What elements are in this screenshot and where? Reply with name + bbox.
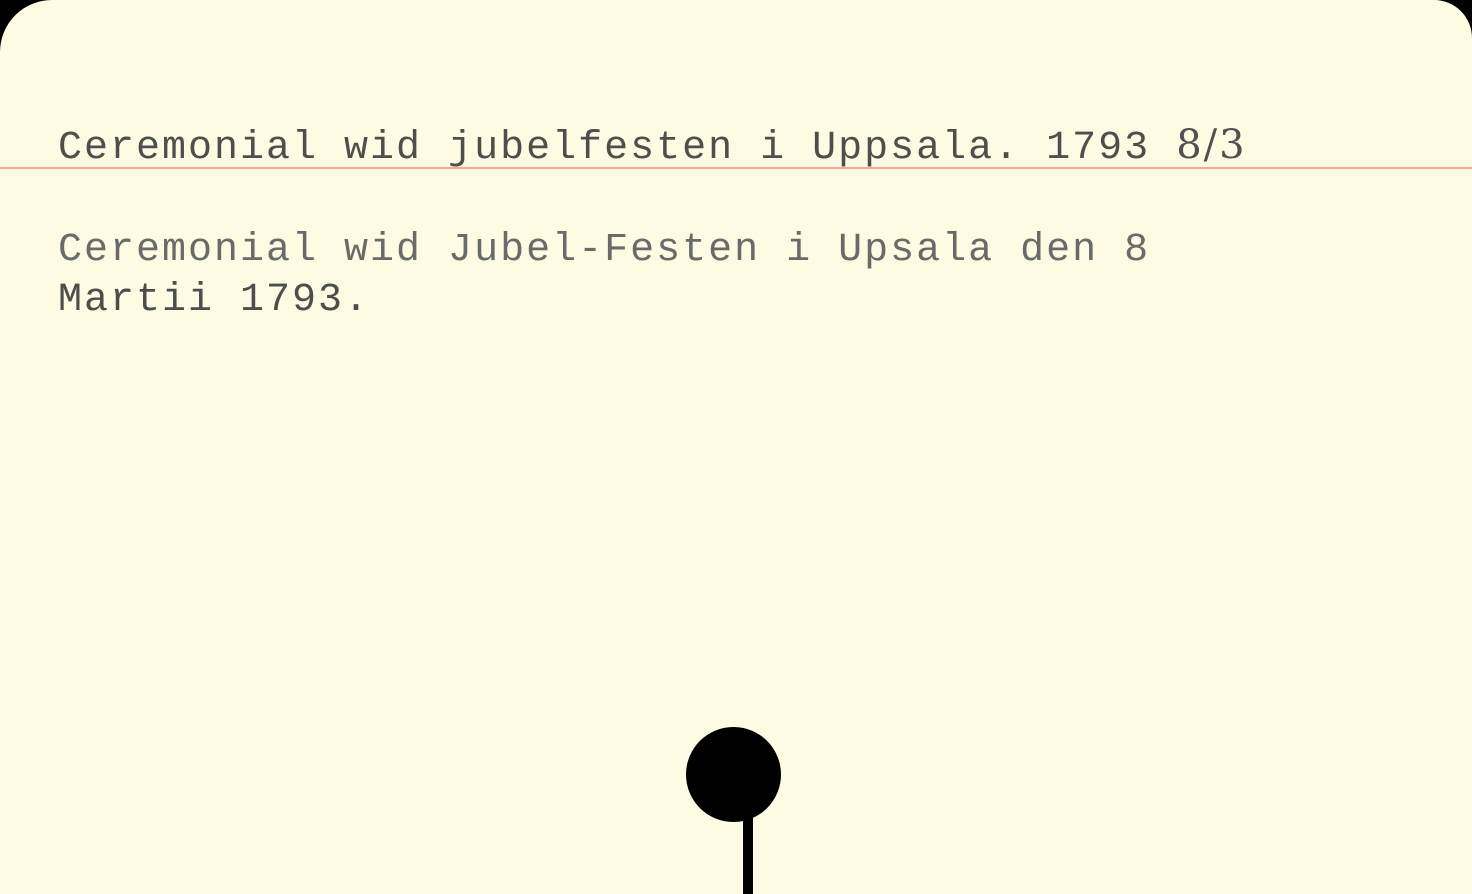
card-body-line-1: Ceremonial wid Jubel-Festen i Upsala den… xyxy=(58,228,1150,273)
card-body-line-2: Martii 1793. xyxy=(58,278,370,323)
catalog-card: Ceremonial wid jubelfesten i Uppsala. 17… xyxy=(0,0,1472,894)
card-heading: Ceremonial wid jubelfesten i Uppsala. 17… xyxy=(58,122,1247,171)
punch-slot xyxy=(743,812,753,894)
punch-hole xyxy=(686,727,781,822)
handwritten-date: 8/3 xyxy=(1176,122,1246,168)
heading-text: Ceremonial wid jubelfesten i Uppsala. 17… xyxy=(58,126,1150,171)
